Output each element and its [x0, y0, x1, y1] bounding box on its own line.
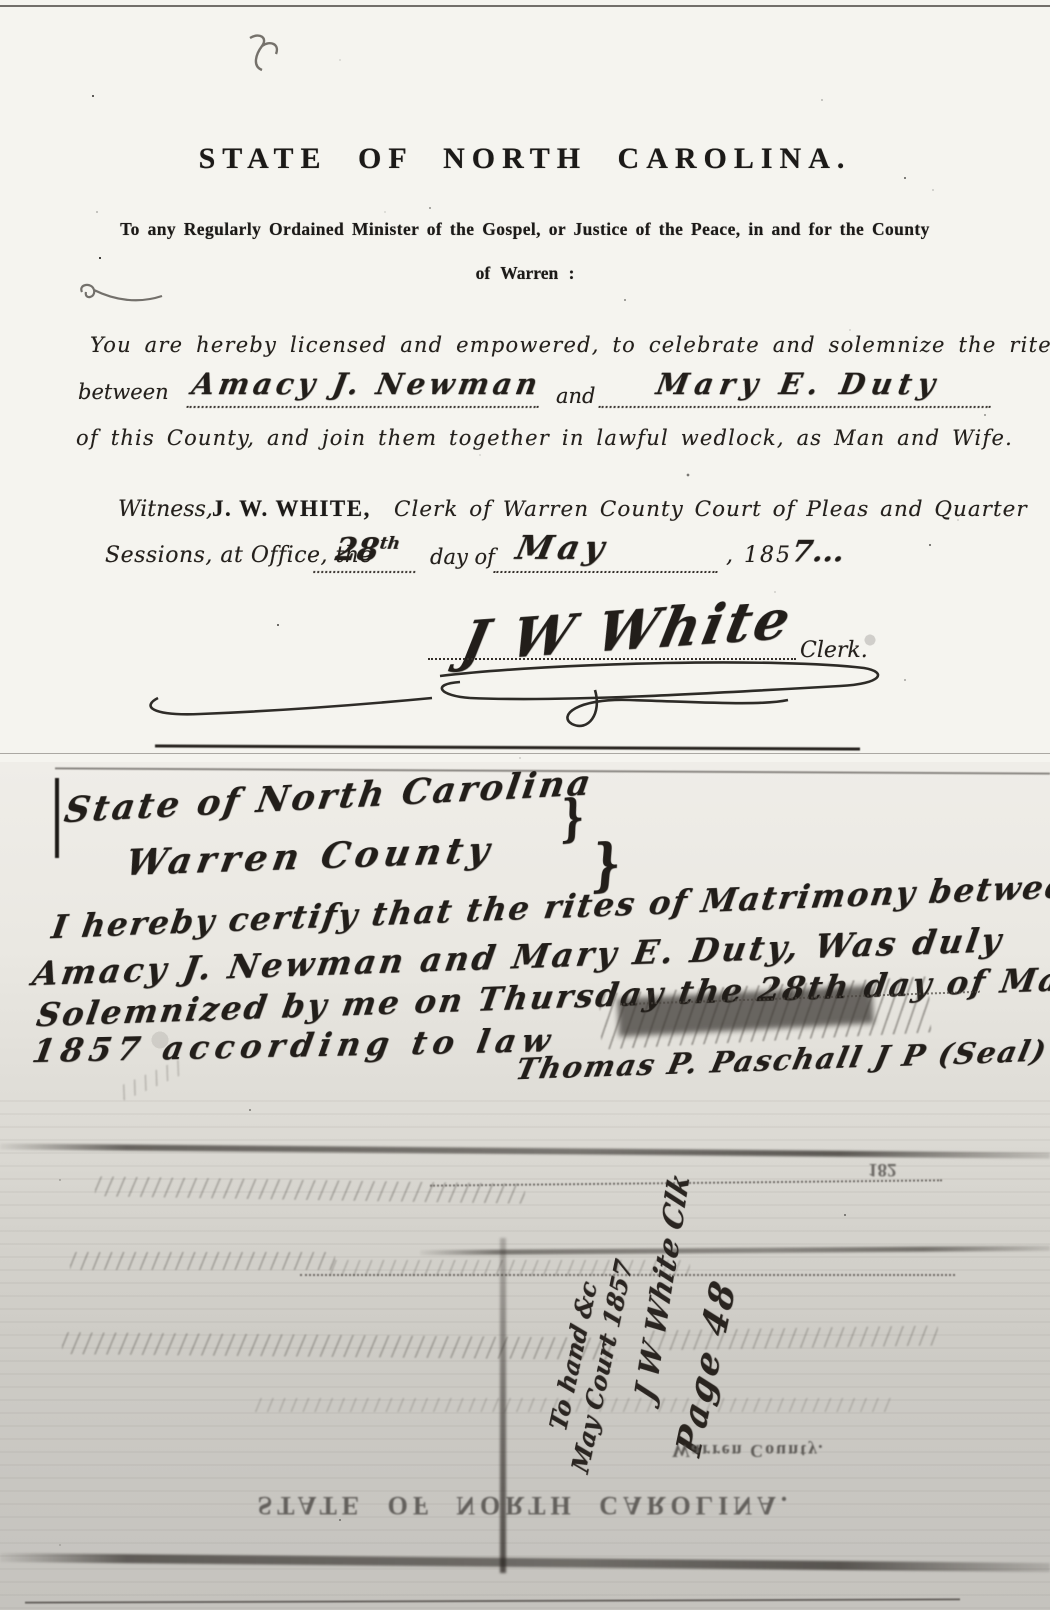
and-label: and	[556, 384, 596, 408]
stray-ink-squiggle	[74, 282, 194, 312]
bride-name-field: Mary E. Duty	[598, 367, 997, 408]
between-label: between	[78, 380, 169, 404]
addressee-line: To any Regularly Ordained Minister of th…	[0, 219, 1050, 240]
left-margin-mark	[55, 778, 59, 858]
bleedthrough-title: STATE OF NORTH CAROLINA.	[0, 1490, 1050, 1520]
vertical-fold-crease	[500, 1238, 506, 1573]
groom-name-field: Amacy J. Newman	[186, 367, 545, 408]
bleedthrough-script-2	[70, 1252, 335, 1270]
license-body-line-2: of this County, and join them together i…	[76, 426, 1013, 450]
page-separator-faint	[0, 753, 1050, 754]
stray-ink-mark	[232, 30, 292, 76]
clerk-name: J. W. WHITE,	[212, 496, 371, 522]
month-field: May	[493, 528, 727, 573]
day-field: 28th	[313, 532, 421, 573]
year-digit: 7...	[790, 534, 847, 569]
signature-flourish	[140, 640, 900, 740]
page-separator-line	[155, 744, 860, 750]
document-scan: STATE OF NORTH CAROLINA. To any Regularl…	[0, 0, 1050, 1610]
bleedthrough-year: 182	[868, 1158, 897, 1180]
license-body-line-1: You are hereby licensed and empowered, t…	[90, 333, 1050, 357]
license-title: STATE OF NORTH CAROLINA.	[0, 142, 1050, 176]
day-value: 28	[333, 532, 381, 568]
witness-label: Witness,	[118, 497, 213, 522]
addressee-county-line: of Warren :	[0, 263, 1050, 284]
day-of-label: day of	[430, 545, 495, 569]
scan-top-edge	[0, 5, 1050, 7]
clerk-title-line: Clerk of Warren County Court of Pleas an…	[394, 497, 1028, 522]
bleedthrough-county: Warren County.	[672, 1440, 825, 1461]
day-suffix: th	[378, 534, 401, 554]
year-printed: , 185	[726, 543, 792, 568]
